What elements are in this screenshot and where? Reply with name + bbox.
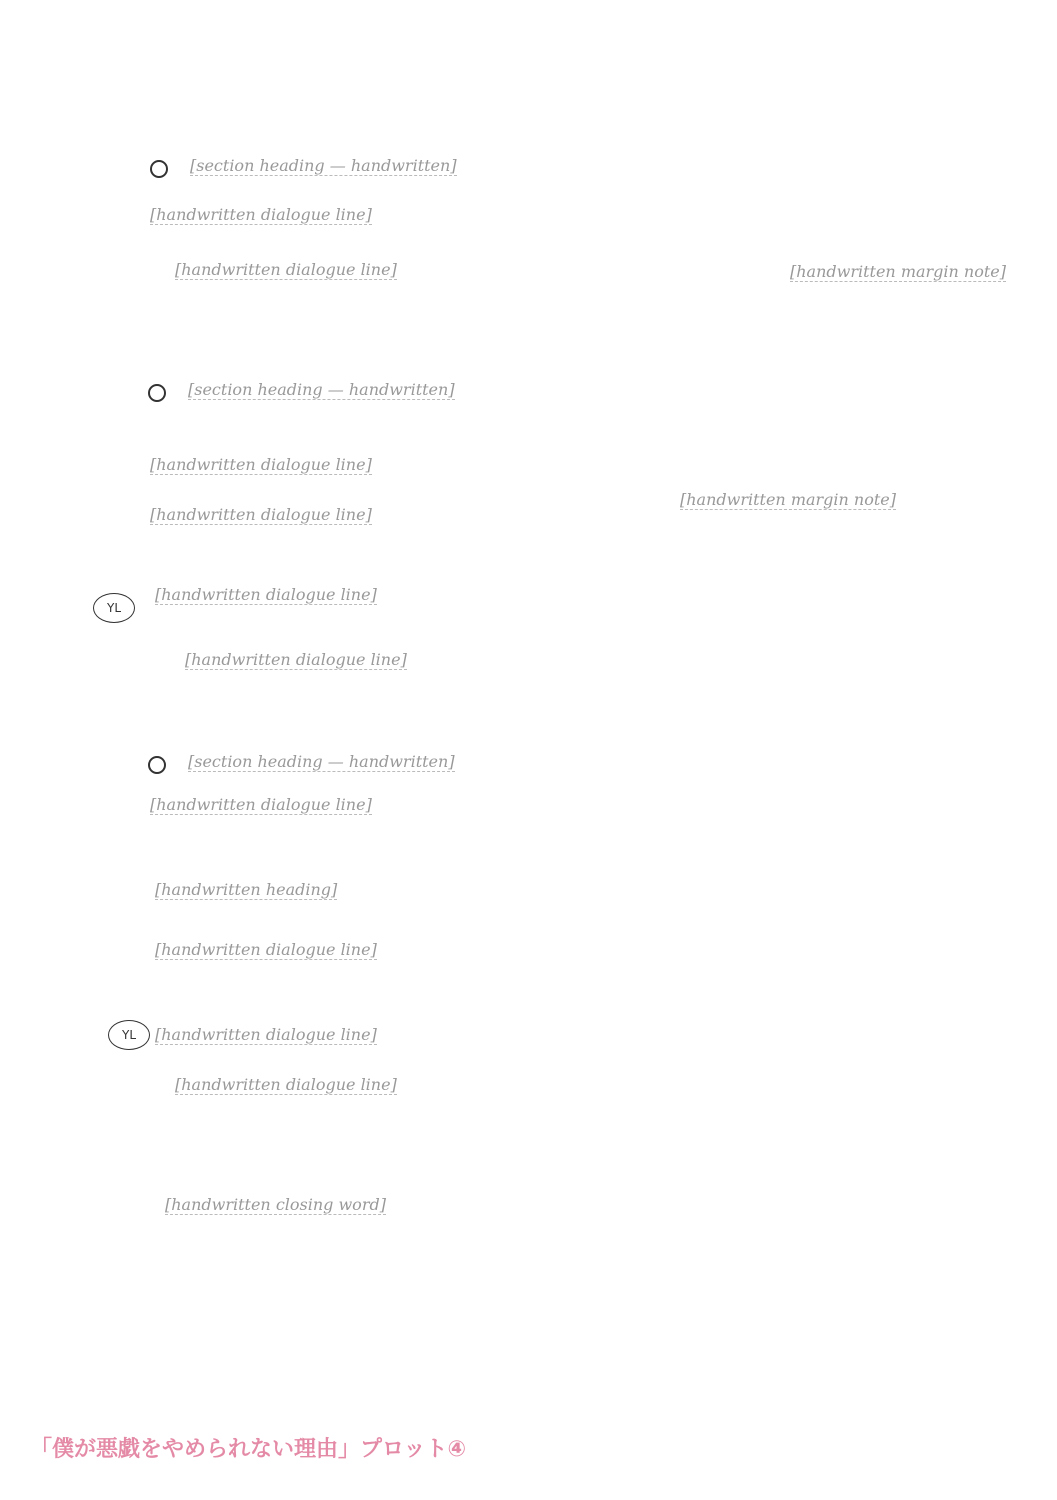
handwritten-line: [handwritten margin note]	[680, 490, 896, 510]
handwritten-line: [handwritten dialogue line]	[155, 940, 377, 960]
handwritten-line: [handwritten dialogue line]	[150, 455, 372, 475]
handwritten-line: [handwritten dialogue line]	[185, 650, 407, 670]
section-marker-icon	[148, 384, 166, 402]
handwritten-line: [handwritten margin note]	[790, 262, 1006, 282]
speaker-tag: YL	[93, 593, 135, 623]
handwritten-line: [handwritten dialogue line]	[155, 1025, 377, 1045]
section-heading: [section heading — handwritten]	[190, 156, 457, 176]
handwritten-line: [handwritten dialogue line]	[155, 585, 377, 605]
section-marker-icon	[150, 160, 168, 178]
section-marker-icon	[148, 756, 166, 774]
section-heading: [section heading — handwritten]	[188, 752, 455, 772]
handwritten-line: [handwritten heading]	[155, 880, 337, 900]
speaker-tag: YL	[108, 1020, 150, 1050]
handwritten-line: [handwritten dialogue line]	[175, 1075, 397, 1095]
handwritten-line: [handwritten closing word]	[165, 1195, 386, 1215]
section-heading: [section heading — handwritten]	[188, 380, 455, 400]
handwritten-line: [handwritten dialogue line]	[175, 260, 397, 280]
handwritten-line: [handwritten dialogue line]	[150, 505, 372, 525]
handwritten-line: [handwritten dialogue line]	[150, 205, 372, 225]
document-footer-title: 「僕が悪戯をやめられない理由」プロット④	[30, 1432, 466, 1463]
handwritten-line: [handwritten dialogue line]	[150, 795, 372, 815]
